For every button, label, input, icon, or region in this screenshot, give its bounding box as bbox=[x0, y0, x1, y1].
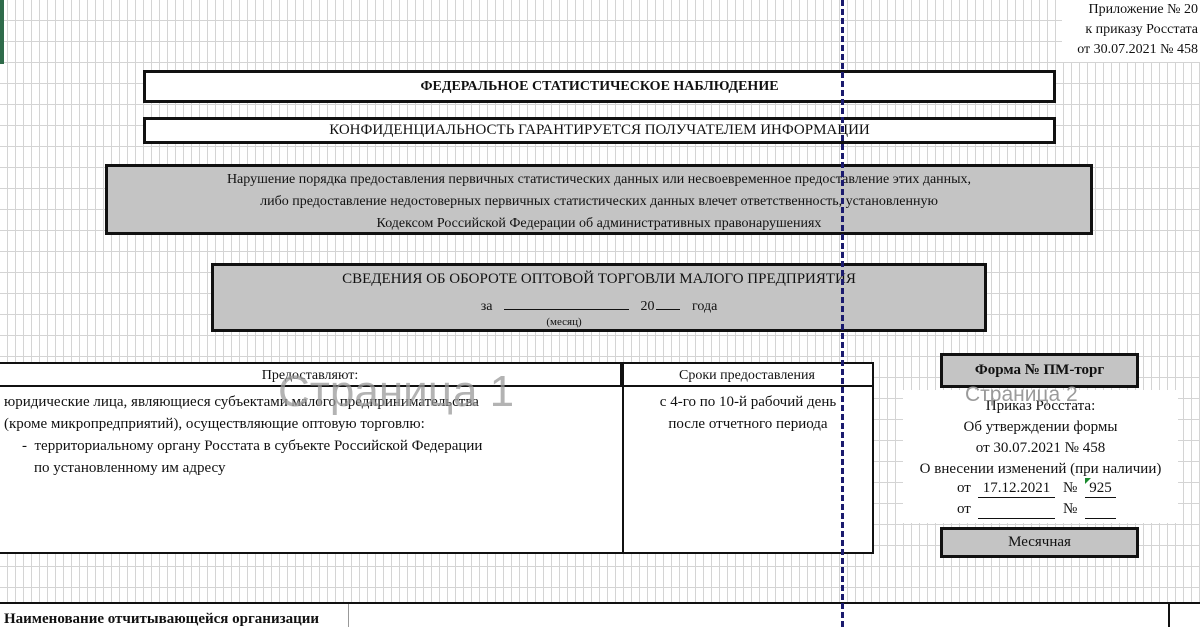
amend2-number-field[interactable] bbox=[1085, 499, 1116, 519]
amend2-date-field[interactable] bbox=[978, 499, 1055, 519]
appendix-line-1: Приложение № 20 bbox=[1062, 0, 1198, 20]
terms-cell[interactable]: с 4-го по 10-й рабочий день после отчетн… bbox=[624, 391, 872, 435]
month-caption: (месяц) bbox=[214, 316, 914, 328]
warning-line-3: Кодексом Российской Федерации об админис… bbox=[108, 213, 1090, 235]
legal-warning-cell[interactable]: Нарушение порядка предоставления первичн… bbox=[105, 164, 1093, 235]
page-2-watermark: Страница 2 bbox=[965, 384, 1078, 406]
periodicity: Месячная bbox=[1008, 534, 1071, 550]
amend2-number-label: № bbox=[1063, 501, 1077, 518]
for-label: за bbox=[481, 299, 493, 314]
organization-name-label[interactable]: Наименование отчитывающейся организации bbox=[4, 610, 319, 627]
organization-divider bbox=[348, 604, 349, 627]
year-suffix: года bbox=[692, 299, 717, 314]
terms-header[interactable]: Сроки предоставления bbox=[622, 364, 872, 387]
amend2-from-label: от bbox=[957, 501, 971, 518]
amendments-label: О внесении изменений (при наличии) bbox=[903, 459, 1178, 480]
amend1-date-field[interactable]: 17.12.2021 bbox=[978, 478, 1055, 498]
order-date: от 30.07.2021 № 458 bbox=[903, 438, 1178, 459]
confidentiality-text: КОНФИДЕНЦИАЛЬНОСТЬ ГАРАНТИРУЕТСЯ ПОЛУЧАТ… bbox=[329, 122, 870, 138]
order-title: Об утверждении формы bbox=[903, 417, 1178, 438]
amend1-from-label: от bbox=[957, 480, 971, 497]
report-period-row: за 20 года bbox=[214, 295, 984, 315]
federal-observation-text: ФЕДЕРАЛЬНОЕ СТАТИСТИЧЕСКОЕ НАБЛЮДЕНИЕ bbox=[420, 79, 778, 94]
providers-line-4: по установленному им адресу bbox=[4, 457, 614, 479]
providers-line-3-text: территориальному органу Росстата в субъе… bbox=[35, 438, 483, 454]
bullet-dash: - bbox=[22, 438, 27, 454]
comment-indicator-icon[interactable] bbox=[1085, 478, 1091, 484]
cell-selection-marker bbox=[0, 0, 4, 64]
form-number: Форма № ПМ-торг bbox=[975, 362, 1104, 378]
year-prefix: 20 bbox=[640, 299, 654, 314]
warning-line-2: либо предоставление недостоверных первич… bbox=[108, 191, 1090, 213]
appendix-line-2: к приказу Росстата bbox=[1062, 20, 1198, 40]
report-title: СВЕДЕНИЯ ОБ ОБОРОТЕ ОПТОВОЙ ТОРГОВЛИ МАЛ… bbox=[214, 271, 984, 288]
confidentiality-cell[interactable]: КОНФИДЕНЦИАЛЬНОСТЬ ГАРАНТИРУЕТСЯ ПОЛУЧАТ… bbox=[143, 117, 1056, 144]
providers-line-3: - территориальному органу Росстата в суб… bbox=[4, 435, 614, 457]
appendix-line-3: от 30.07.2021 № 458 bbox=[1062, 40, 1198, 60]
terms-line-1: с 4-го по 10-й рабочий день bbox=[624, 391, 872, 413]
month-field[interactable] bbox=[504, 295, 629, 310]
appendix-note: Приложение № 20 к приказу Росстата от 30… bbox=[1062, 0, 1200, 62]
federal-observation-cell[interactable]: ФЕДЕРАЛЬНОЕ СТАТИСТИЧЕСКОЕ НАБЛЮДЕНИЕ bbox=[143, 70, 1056, 103]
terms-line-2: после отчетного периода bbox=[624, 413, 872, 435]
organization-row-border bbox=[1168, 602, 1170, 627]
report-title-cell[interactable]: СВЕДЕНИЯ ОБ ОБОРОТЕ ОПТОВОЙ ТОРГОВЛИ МАЛ… bbox=[211, 263, 987, 332]
warning-line-1: Нарушение порядка предоставления первичн… bbox=[108, 169, 1090, 191]
page-break-line[interactable] bbox=[841, 0, 844, 627]
page-1-watermark: Страница 1 bbox=[278, 368, 514, 416]
terms-header-text: Сроки предоставления bbox=[679, 368, 815, 383]
periodicity-cell[interactable]: Месячная bbox=[940, 527, 1139, 558]
amend1-number-label: № bbox=[1063, 480, 1077, 497]
year-field[interactable] bbox=[656, 295, 680, 310]
providers-line-2: (кроме микропредприятий), осуществляющие… bbox=[4, 413, 614, 435]
